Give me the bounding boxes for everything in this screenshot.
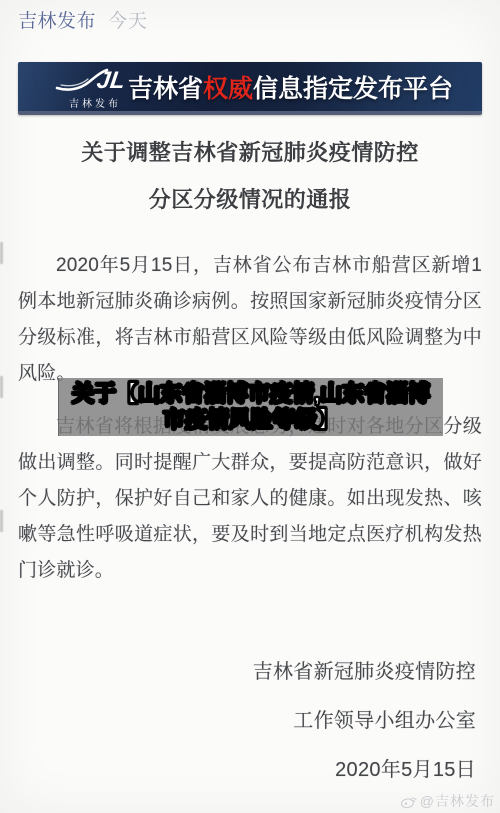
- signature-line-org2: 工作领导小组办公室: [253, 697, 476, 746]
- headline-pre: 吉林省: [128, 75, 203, 103]
- doc-paragraph-1: 2020年5月15日，吉林省公布吉林市船营区新增1例本地新冠肺炎确诊病例。按照国…: [18, 248, 482, 392]
- weibo-watermark: @吉林发布: [400, 791, 495, 811]
- signature-line-date: 2020年5月15日: [253, 746, 476, 795]
- jl-swoosh-icon: JL: [55, 66, 135, 96]
- author-link[interactable]: 吉林发布: [18, 6, 96, 33]
- doc-title-line2: 分区分级情况的通报: [18, 176, 482, 223]
- headline-post: 信息指定发布平台: [253, 75, 453, 103]
- doc-paragraph-2: 吉林省将根据疫情发展态势，适时对各地分区分级做出调整。同时提醒广大群众，要提高防…: [18, 409, 482, 589]
- post-time: 今天: [108, 6, 148, 33]
- doc-title-line1: 关于调整吉林省新冠肺炎疫情防控: [18, 129, 482, 176]
- headline-highlight: 权威: [203, 75, 253, 103]
- banner: JL 吉林发布 吉林省权威信息指定发布平台: [18, 62, 482, 115]
- watermark-handle: @吉林发布: [420, 791, 495, 811]
- logo-caption: 吉林发布: [52, 95, 138, 110]
- doc-title: 关于调整吉林省新冠肺炎疫情防控 分区分级情况的通报: [18, 129, 482, 223]
- jl-logo-icon: JL 吉林发布: [52, 66, 138, 110]
- weibo-icon: [400, 794, 417, 809]
- overlay-caption-line1: 关于【山东省淄博市疫情,山东省淄博: [72, 381, 430, 407]
- photo-edge-artifact: [0, 130, 3, 600]
- banner-headline: 吉林省权威信息指定发布平台: [128, 69, 453, 105]
- weibo-post: 吉林发布 今天 JL 吉林发布 吉林省权威信息指定发布平台 关于调整吉林省新冠肺…: [0, 0, 500, 813]
- post-header: 吉林发布 今天: [18, 6, 148, 33]
- overlay-caption-line2: 市疫情风险等级】: [163, 407, 339, 433]
- signature-line-org1: 吉林省新冠肺炎疫情防控: [253, 648, 476, 697]
- signature-block: 吉林省新冠肺炎疫情防控 工作领导小组办公室 2020年5月15日: [253, 648, 476, 795]
- jl-logo-letters: JL: [95, 67, 127, 94]
- overlay-caption: 关于【山东省淄博市疫情,山东省淄博 市疫情风险等级】: [58, 378, 443, 436]
